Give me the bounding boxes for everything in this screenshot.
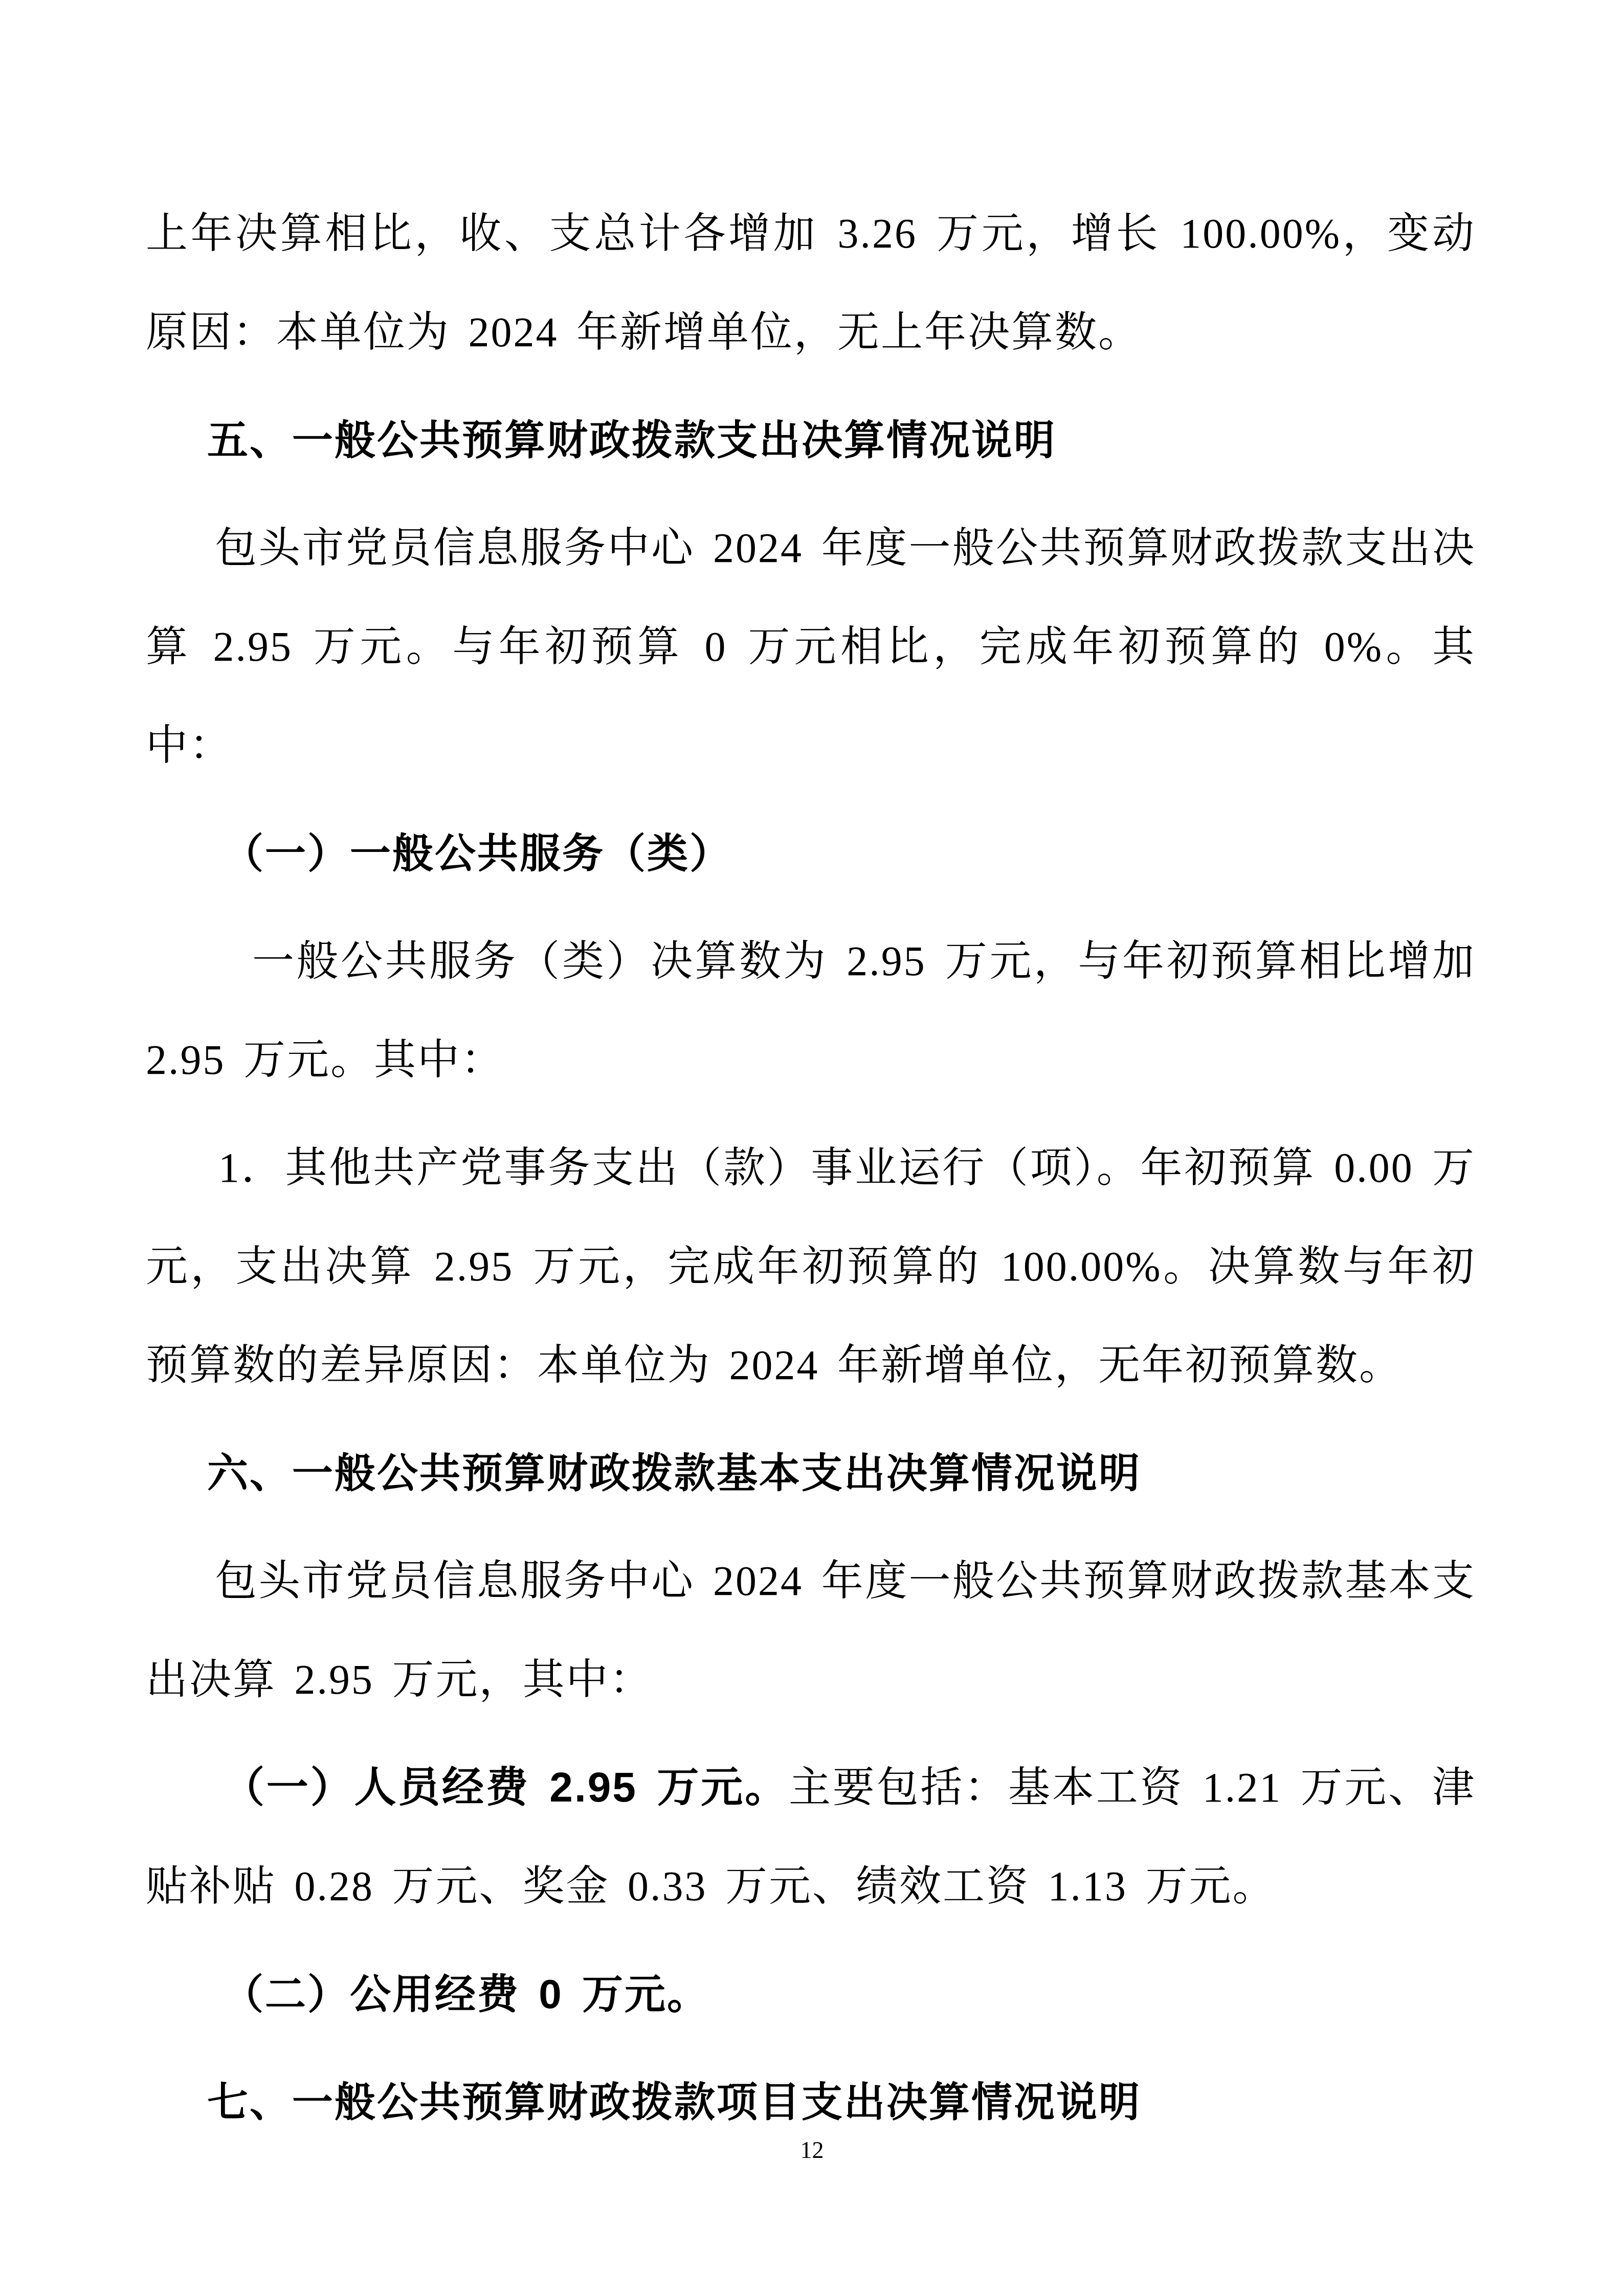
page-number: 12 (0, 2135, 1624, 2166)
paragraph-personnel-expense: （一）人员经费 2.95 万元。主要包括：基本工资 1.21 万元、津贴补贴 0… (146, 1738, 1476, 1935)
paragraph-basic-expenditure-summary: 包头市党员信息服务中心 2024 年度一般公共预算财政拨款基本支出决算 2.95… (146, 1532, 1476, 1729)
paragraph-item-1-party-affairs-detail: 1．其他共产党事务支出（款）事业运行（项）。年初预算 0.00 万元，支出决算 … (146, 1118, 1476, 1414)
subsection-heading-general-public-services: （一）一般公共服务（类） (146, 804, 1476, 903)
paragraph-carryover-change-reason: 上年决算相比，收、支总计各增加 3.26 万元，增长 100.00%，变动原因：… (146, 184, 1476, 381)
document-page: 上年决算相比，收、支总计各增加 3.26 万元，增长 100.00%，变动原因：… (0, 0, 1624, 2296)
personnel-expense-label: （一）人员经费 2.95 万元。 (223, 1764, 789, 1811)
paragraph-general-public-services-detail: 一般公共服务（类）决算数为 2.95 万元，与年初预算相比增加 2.95 万元。… (146, 912, 1476, 1109)
section-heading-5-general-budget-expenditure: 五、一般公共预算财政拨款支出决算情况说明 (146, 391, 1476, 489)
section-heading-6-basic-expenditure: 六、一般公共预算财政拨款基本支出决算情况说明 (146, 1424, 1476, 1522)
paragraph-budget-expenditure-summary: 包头市党员信息服务中心 2024 年度一般公共预算财政拨款支出决算 2.95 万… (146, 499, 1476, 795)
document-content: 上年决算相比，收、支总计各增加 3.26 万元，增长 100.00%，变动原因：… (146, 184, 1476, 2151)
subsection-heading-public-expense: （二）公用经费 0 万元。 (146, 1945, 1476, 2043)
